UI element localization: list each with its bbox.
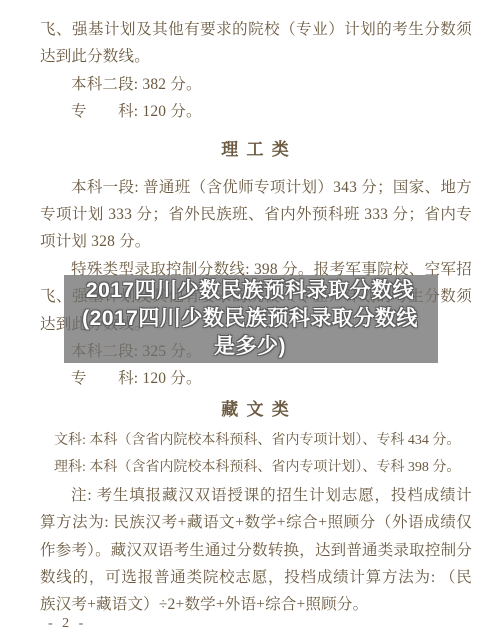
line-tibetan-liberal-arts-434: 文科: 本科（含省内院校本科预科、省内专项计划）、专科 434 分。 (40, 427, 472, 454)
line-zhuanke-score-120: 专 科: 120 分。 (40, 98, 472, 125)
paragraph-bilingual-note: 注: 考生填报藏汉双语授课的招生计划志愿，投档成绩计算方法为: 民族汉考+藏语文… (40, 482, 472, 619)
section-heading-science-engineering: 理 工 类 (40, 135, 472, 165)
watermark-title: 2017四川少数民族预科录取分数线 (2017四川少数民族预科录取分数线 是多少… (54, 277, 446, 361)
document-page: 飞、强基计划及其他有要求的院校（专业）计划的考生分数须达到此分数线。 本科二段:… (0, 0, 500, 641)
line-benke-erduan-score-382: 本科二段: 382 分。 (40, 71, 472, 98)
line-zhuanke-score-120-b: 专 科: 120 分。 (40, 365, 472, 392)
watermark-title-line2: (2017四川少数民族预科录取分数线 (54, 305, 446, 333)
paragraph-benke-yiduan-scores: 本科一段: 普通班（含优师专项计划）343 分；国家、地方专项计划 333 分；… (40, 174, 472, 256)
watermark-title-line1: 2017四川少数民族预科录取分数线 (54, 277, 446, 305)
paragraph-special-plan-continuation: 飞、强基计划及其他有要求的院校（专业）计划的考生分数须达到此分数线。 (40, 16, 472, 71)
watermark-title-line3: 是多少) (54, 333, 446, 361)
line-tibetan-science-398: 理科: 本科（含省内院校本科预科、省内专项计划）、专科 398 分。 (40, 454, 472, 481)
section-heading-tibetan: 藏 文 类 (40, 395, 472, 425)
page-number: - 2 - (48, 616, 86, 632)
